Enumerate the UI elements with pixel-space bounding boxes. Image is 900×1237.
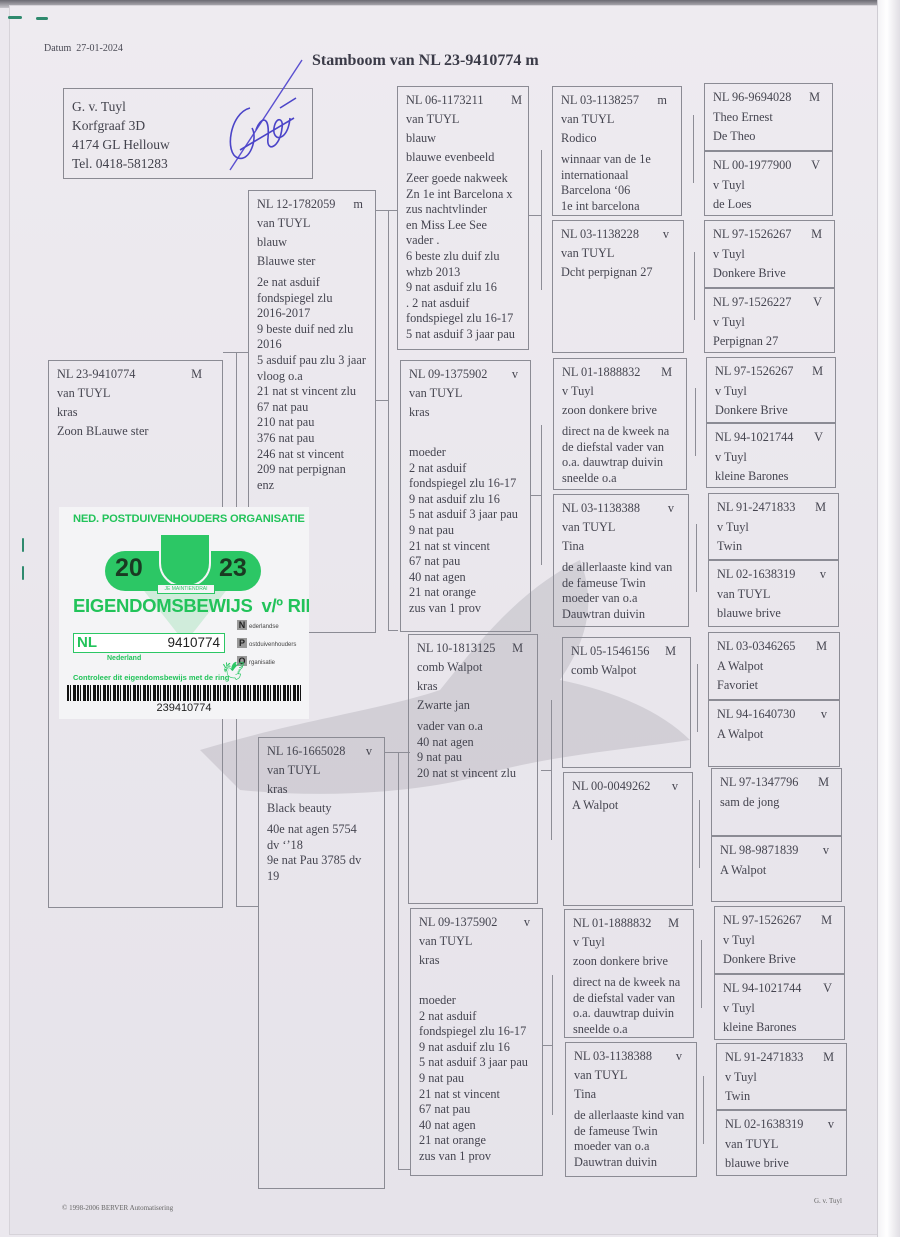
pedigree-line: van TUYL [725, 1135, 840, 1155]
note-line: 246 nat st vincent [257, 447, 369, 463]
pedigree-box-gen4: NL 02-1638319vvan TUYLblauwe brive [716, 1110, 847, 1176]
pedigree-line: blauwe brive [717, 604, 832, 624]
ring-number: NL 10-1813125 [417, 639, 495, 658]
pedigree-line: Rodico [561, 129, 675, 148]
ring-ownership-card: NED. POSTDUIVENHOUDERS ORGANISATIE 20 23… [59, 507, 309, 719]
pedigree-line: A Walpot [572, 796, 686, 815]
breeder: van TUYL [267, 761, 378, 780]
note-line: 210 nat pau [257, 415, 369, 431]
note-line: 67 nat pau [257, 400, 369, 416]
pedigree-box-gen3-mfm: NL 00-0049262vA Walpot [563, 772, 693, 906]
sex-marker: v [823, 841, 829, 861]
note-line: fondspiegel zlu 16-17 [419, 1024, 536, 1040]
note-line: 5 asduif pau zlu 3 jaar [257, 353, 369, 369]
sex-marker: v [512, 365, 518, 384]
note-line: 9 nat pau [417, 750, 531, 766]
card-title-main: EIGENDOMSBEWIJS [73, 595, 253, 616]
pedigree-line: Tina [562, 537, 682, 556]
note-line: vader . [406, 233, 522, 249]
pigeon-name: Zwarte jan [417, 696, 531, 715]
achievements: moeder2 nat asduiffondspiegel zlu 16-179… [409, 445, 524, 617]
ring-number: NL 02-1638319 [717, 565, 795, 585]
note-line: de allerlaaste kind van [574, 1108, 690, 1124]
connector [375, 400, 389, 401]
note-line: . 2 nat asduif [406, 296, 522, 312]
sex-marker: v [672, 777, 678, 796]
pedigree-line: zoon donkere brive [573, 952, 687, 971]
connector [375, 210, 397, 211]
pedigree-box-gen3-ffm: NL 03-1138228vvan TUYLDcht perpignan 27 [552, 220, 684, 353]
sex-marker: V [811, 156, 820, 176]
pedigree-box-gen4: NL 97-1526267Mv TuylDonkere Brive [704, 220, 835, 288]
npo-line: Nederlandse [237, 620, 279, 630]
ring-number: NL 97-1526267 [715, 362, 793, 382]
pedigree-box-gen3-mmm: NL 03-1138388vvan TUYLTinade allerlaaste… [565, 1042, 697, 1177]
achievements: direct na de kweek nade diefstal vader v… [573, 975, 687, 1037]
sex-marker: v [524, 913, 530, 932]
note-line: 40e nat agen 5754 [267, 822, 378, 838]
note-line: sneelde o.a [562, 471, 680, 487]
ring-number: NL 97-1347796 [720, 773, 798, 793]
note-line: direct na de kweek na [573, 975, 687, 991]
ring-number: NL 03-0346265 [717, 637, 795, 657]
color: kras [419, 951, 536, 970]
pedigree-line: v Tuyl [573, 933, 687, 952]
connector [699, 800, 700, 868]
pedigree-box-gen4: NL 00-1977900Vv Tuylde Loes [704, 151, 833, 216]
note-line: 209 nat perpignan [257, 462, 369, 478]
card-year-right: 23 [219, 554, 247, 583]
note-line: 21 nat orange [419, 1133, 536, 1149]
note-line: moeder [409, 445, 524, 461]
pedigree-line: v Tuyl [562, 382, 680, 401]
breeder: van TUYL [406, 110, 522, 129]
npo-text: ederlandse [249, 624, 279, 630]
pedigree-line: v Tuyl [715, 448, 829, 468]
binder-mark [22, 566, 24, 580]
npo-initial: N [237, 620, 247, 630]
note-line: 9 nat asduif zlu 16 [419, 1040, 536, 1056]
note-line: fondspiegel zlu [257, 291, 369, 307]
barcode-icon [67, 685, 303, 701]
note-line: moeder van o.a [574, 1139, 690, 1155]
note-line: 9 nat asduif zlu 16 [406, 280, 522, 296]
sex-marker: M [816, 637, 827, 657]
pedigree-line: v Tuyl [715, 382, 829, 402]
sex-marker: M [661, 363, 672, 382]
note-line: vader van o.a [417, 719, 531, 735]
connector [695, 388, 696, 456]
ring-number: NL 06-1173211 [406, 91, 484, 110]
pigeon-name: Black beauty [267, 799, 378, 818]
pedigree-box-gen3-mff: NL 05-1546156Mcomb Walpot [562, 637, 691, 768]
color: kras [417, 677, 531, 696]
pigeon-name: Zoon BLauwe ster [57, 422, 216, 441]
note-line: 5 nat asduif 3 jaar pau [419, 1055, 536, 1071]
color: kras [409, 403, 524, 422]
achievements: winnaar van de 1einternationaalBarcelona… [561, 152, 675, 214]
pigeon-name: blauwe evenbeeld [406, 148, 522, 167]
pedigree-box-gen4: NL 94-1021744Vv Tuylkleine Barones [714, 974, 845, 1040]
pedigree-line: A Walpot [720, 861, 835, 881]
ring-number: NL 23-9410774 [57, 365, 135, 384]
note-line: Zn 1e int Barcelona x [406, 187, 522, 203]
date-value: 27-01-2024 [76, 43, 123, 54]
pedigree-box-gen4: NL 91-2471833Mv TuylTwin [716, 1043, 847, 1110]
connector [388, 210, 389, 630]
card-motto: JE MAINTIENDRAI [157, 584, 215, 594]
breeder: comb Walpot [417, 658, 531, 677]
sex-marker: M [191, 365, 202, 384]
pedigree-box-gen4: NL 02-1638319vvan TUYLblauwe brive [708, 560, 839, 627]
note-line: en Miss Lee See [406, 218, 522, 234]
pedigree-line: Perpignan 27 [713, 332, 828, 352]
footer-owner-name: G. v. Tuyl [814, 1197, 842, 1205]
connector [701, 940, 702, 1008]
ring-number: NL 03-1138228 [561, 225, 639, 244]
connector [703, 1076, 704, 1144]
pedigree-line: zoon donkere brive [562, 401, 680, 420]
npo-line: Postduivenhouders [237, 638, 296, 648]
connector [543, 1045, 553, 1046]
ring-number: NL 94-1021744 [715, 428, 793, 448]
connector [384, 752, 410, 753]
lion-crest-icon [159, 533, 211, 587]
note-line: dv ‘’18 [267, 838, 378, 854]
npo-text: ostduivenhouders [249, 642, 296, 648]
pedigree-line: comb Walpot [571, 661, 684, 680]
connector [694, 252, 695, 320]
achievements: vader van o.a40 nat agen9 nat pau20 nat … [417, 719, 531, 781]
ring-number: NL 09-1375902 [409, 365, 487, 384]
achievements: de allerlaaste kind vande fameuse Twinmo… [562, 560, 682, 622]
breeder: van TUYL [419, 932, 536, 951]
sex-marker: V [813, 293, 822, 313]
sex-marker: M [511, 91, 522, 110]
ring-number: NL 94-1021744 [723, 979, 801, 999]
pedigree-line: sam de jong [720, 793, 835, 813]
connector [530, 495, 542, 496]
note-line: de fameuse Twin [574, 1124, 690, 1140]
sex-marker: M [815, 498, 826, 518]
note-line: de fameuse Twin [562, 576, 682, 592]
note-line: 2016-2017 [257, 306, 369, 322]
sex-marker: V [823, 979, 832, 999]
sex-marker: M [665, 642, 676, 661]
note-line: zus nachtvlinder [406, 202, 522, 218]
sheet-protector-edge [877, 0, 900, 1237]
ring-number: NL 91-2471833 [717, 498, 795, 518]
ring-number: NL 03-1138388 [562, 499, 640, 518]
sex-marker: v [828, 1115, 834, 1135]
ring-number: NL 00-1977900 [713, 156, 791, 176]
breeder: van TUYL [409, 384, 524, 403]
pedigree-box-gen4: NL 97-1526267Mv TuylDonkere Brive [714, 906, 845, 974]
note-line: direct na de kweek na [562, 424, 680, 440]
pedigree-box-gen3-fff: NL 03-1138257mvan TUYLRodico winnaar van… [552, 86, 682, 216]
note-line: whzb 2013 [406, 265, 522, 281]
connector [541, 150, 542, 290]
pedigree-line: Theo Ernest [713, 108, 826, 128]
binder-mark [8, 16, 22, 19]
connector [697, 664, 698, 732]
ring-number: NL 96-9694028 [713, 88, 791, 108]
pedigree-line: van TUYL [717, 585, 832, 605]
sex-marker: M [818, 773, 829, 793]
connector [388, 630, 398, 631]
sex-marker: m [657, 91, 667, 110]
achievements: direct na de kweek nade diefstal vader v… [562, 424, 680, 486]
pedigree-line: De Theo [713, 127, 826, 147]
note-line: 2016 [257, 337, 369, 353]
note-line: 9 nat pau [409, 523, 524, 539]
pedigree-box-gen4: NL 96-9694028MTheo ErnestDe Theo [704, 83, 833, 151]
achievements: 2e nat asduiffondspiegel zlu2016-20179 b… [257, 275, 369, 493]
ring-number: NL 97-1526267 [723, 911, 801, 931]
note-line: 1e int barcelona [561, 199, 675, 215]
pedigree-box-gen4: NL 94-1021744Vv Tuylkleine Barones [706, 423, 836, 488]
ring-number: NL 16-1665028 [267, 742, 345, 761]
sex-marker: M [811, 225, 822, 245]
note-line: 5 nat asduif 3 jaar pau [406, 327, 522, 343]
pedigree-line: v Tuyl [717, 518, 832, 538]
note-line: Barcelona ‘06 [561, 183, 675, 199]
note-line: 6 beste zlu duif zlu [406, 249, 522, 265]
ring-number: NL 05-1546156 [571, 642, 649, 661]
ring-number-field: NL 9410774 [73, 633, 225, 653]
date-line: Datum 27-01-2024 [44, 43, 123, 54]
sex-marker: v [676, 1047, 682, 1066]
binder-mark [36, 17, 48, 20]
sex-marker: M [512, 639, 523, 658]
note-line: sneelde o.a [573, 1022, 687, 1038]
color: kras [267, 780, 378, 799]
ring-number: NL 91-2471833 [725, 1048, 803, 1068]
note-line: winnaar van de 1e [561, 152, 675, 168]
connector [398, 1169, 410, 1170]
ring-number: NL 03-1138388 [574, 1047, 652, 1066]
note-line: 9e nat Pau 3785 dv [267, 853, 378, 869]
pedigree-line: v Tuyl [723, 931, 838, 951]
pedigree-line: Twin [717, 537, 832, 557]
sex-marker: M [809, 88, 820, 108]
note-line: vloog o.a [257, 369, 369, 385]
note-line: de allerlaaste kind van [562, 560, 682, 576]
sex-marker: v [820, 565, 826, 585]
pedigree-box-gen3-fmf: NL 01-1888832Mv Tuylzoon donkere brivedi… [553, 358, 687, 490]
note-line: enz [257, 478, 369, 494]
note-line: de diefstal vader van [562, 440, 680, 456]
ring-number: NL 97-1526227 [713, 293, 791, 313]
pedigree-box-grandfather-maternal: NL 10-1813125M comb Walpot kras Zwarte j… [408, 634, 538, 904]
sex-marker: v [668, 499, 674, 518]
note-line: o.a. dauwtrap duivin [573, 1006, 687, 1022]
pedigree-line: van TUYL [562, 518, 682, 537]
note-line: 67 nat pau [419, 1102, 536, 1118]
achievements: Zeer goede nakweekZn 1e int Barcelona xz… [406, 171, 522, 343]
page-title: Stamboom van NL 23-9410774 m [312, 52, 539, 70]
connector [693, 115, 694, 183]
pedigree-line: Tina [574, 1085, 690, 1104]
ring-number: NL 94-1640730 [717, 705, 795, 725]
connector [528, 215, 542, 216]
pedigree-line: Twin [725, 1087, 840, 1107]
note-line: zus van 1 prov [409, 601, 524, 617]
breeder: van TUYL [57, 384, 216, 403]
note-line: Dauwtran duivin [574, 1155, 690, 1171]
pedigree-box-grandmother-maternal: NL 09-1375902v van TUYL kras moeder2 nat… [410, 908, 543, 1176]
connector [223, 352, 237, 353]
sex-marker: v [663, 225, 669, 244]
sex-marker: M [821, 911, 832, 931]
connector [236, 352, 248, 353]
pedigree-line: v Tuyl [723, 999, 838, 1019]
note-line: 9 nat pau [419, 1071, 536, 1087]
note-line: moeder van o.a [562, 591, 682, 607]
ring-number: NL 97-1526267 [713, 225, 791, 245]
ring-number: NL 01-1888832 [573, 914, 651, 933]
pedigree-box-mother: NL 16-1665028v van TUYL kras Black beaut… [258, 737, 385, 1189]
pedigree-box-grandmother-paternal: NL 09-1375902v van TUYL kras moeder2 nat… [400, 360, 531, 632]
binder-mark [22, 538, 24, 552]
note-line: fondspiegel zlu 16-17 [409, 476, 524, 492]
pedigree-line: Favoriet [717, 676, 833, 696]
breeder: van TUYL [257, 214, 369, 233]
color: blauw [257, 233, 369, 252]
ring-number: 9410774 [167, 635, 220, 650]
color: kras [57, 403, 216, 422]
sex-marker: v [366, 742, 372, 761]
npo-initial: P [237, 638, 247, 648]
note-line: Zeer goede nakweek [406, 171, 522, 187]
note-line: 40 nat agen [419, 1118, 536, 1134]
note-line: 40 nat agen [417, 735, 531, 751]
card-year-left: 20 [115, 554, 143, 583]
pedigree-line: de Loes [713, 195, 826, 215]
country-code: NL [77, 634, 97, 651]
pedigree-line: kleine Barones [723, 1018, 838, 1038]
pedigree-line: v Tuyl [713, 313, 828, 333]
pedigree-box-gen4: NL 97-1526267Mv TuylDonkere Brive [706, 357, 836, 423]
note-line: 19 [267, 869, 378, 885]
sex-marker: M [812, 362, 823, 382]
pedigree-box-gen4: NL 03-0346265MA WalpotFavoriet [708, 632, 840, 700]
note-line: 21 nat orange [409, 585, 524, 601]
sex-marker: M [823, 1048, 834, 1068]
pedigree-line: Donkere Brive [715, 401, 829, 421]
connector [541, 770, 552, 771]
achievements: moeder2 nat asduiffondspiegel zlu 16-179… [419, 993, 536, 1165]
sex-marker: m [353, 195, 363, 214]
ring-number: NL 00-0049262 [572, 777, 650, 796]
pedigree-box-gen3-fmm: NL 03-1138388vvan TUYLTinade allerlaaste… [553, 494, 689, 627]
achievements: 40e nat agen 5754dv ‘’18 9e nat Pau 3785… [267, 822, 378, 884]
note-line: 2e nat asduif [257, 275, 369, 291]
note-line: zus van 1 prov [419, 1149, 536, 1165]
pedigree-line: Donkere Brive [713, 264, 828, 284]
sex-marker: M [668, 914, 679, 933]
pedigree-line: van TUYL [561, 110, 675, 129]
pedigree-box-gen4: NL 98-9871839vA Walpot [711, 836, 842, 902]
pedigree-line: Donkere Brive [723, 950, 838, 970]
card-title: EIGENDOMSBEWIJS v/º RING [73, 595, 309, 617]
country-name: Nederland [107, 655, 141, 662]
note-line: 20 nat st vincent zlu [417, 766, 531, 782]
control-text: Controleer dit eigendomsbewijs met de ri… [73, 673, 229, 682]
note-line: 9 nat asduif zlu 16 [409, 492, 524, 508]
pedigree-line: kleine Barones [715, 467, 829, 487]
date-label: Datum [44, 43, 71, 54]
card-org-name: NED. POSTDUIVENHOUDERS ORGANISATIE [73, 513, 305, 525]
pedigree-line: Dcht perpignan 27 [561, 263, 677, 282]
ring-number: NL 98-9871839 [720, 841, 798, 861]
connector [398, 752, 399, 1169]
note-line: 40 nat agen [409, 570, 524, 586]
pedigree-box-grandfather-paternal: NL 06-1173211M van TUYL blauw blauwe eve… [397, 86, 529, 350]
achievements: de allerlaaste kind vande fameuse Twinmo… [574, 1108, 690, 1170]
pedigree-box-gen4: NL 97-1526227Vv TuylPerpignan 27 [704, 288, 835, 353]
sex-marker: v [821, 705, 827, 725]
pedigree-line: A Walpot [717, 725, 833, 745]
pedigree-box-gen4: NL 91-2471833Mv TuylTwin [708, 493, 839, 560]
pedigree-line: blauwe brive [725, 1154, 840, 1174]
note-line: 21 nat st vincent [419, 1087, 536, 1103]
note-line: 9 beste duif ned zlu [257, 322, 369, 338]
note-line: moeder [419, 993, 536, 1009]
pedigree-line: van TUYL [561, 244, 677, 263]
note-line: 67 nat pau [409, 554, 524, 570]
pedigree-box-gen4: NL 97-1347796Msam de jong [711, 768, 842, 836]
note-line: de diefstal vader van [573, 991, 687, 1007]
connector [696, 524, 697, 592]
note-line: 2 nat asduif [419, 1009, 536, 1025]
note-line: internationaal [561, 168, 675, 184]
note-line: Dauwtran duivin [562, 607, 682, 623]
note-line: 5 nat asduif 3 jaar pau [409, 507, 524, 523]
npo-text: rganisatie [249, 660, 275, 666]
note-line: 21 nat st vincent zlu [257, 384, 369, 400]
pedigree-line: van TUYL [574, 1066, 690, 1085]
note-line: 2 nat asduif [409, 461, 524, 477]
note-line: 376 nat pau [257, 431, 369, 447]
color: blauw [406, 129, 522, 148]
ring-number: NL 03-1138257 [561, 91, 639, 110]
ring-number: NL 09-1375902 [419, 913, 497, 932]
pedigree-line: v Tuyl [725, 1068, 840, 1088]
barcode-number: 239410774 [59, 702, 309, 714]
copyright-footer: © 1998-2006 BERVER Automatisering [62, 1204, 173, 1212]
pigeon-name: Blauwe ster [257, 252, 369, 271]
pedigree-box-gen4: NL 94-1640730vA Walpot [708, 700, 840, 767]
pedigree-line: A Walpot [717, 657, 833, 677]
pedigree-box-gen3-mmf: NL 01-1888832Mv Tuylzoon donkere brivedi… [564, 909, 694, 1038]
note-line: fondspiegel zlu 16-17 [406, 311, 522, 327]
connector [236, 906, 258, 907]
ring-number: NL 02-1638319 [725, 1115, 803, 1135]
pedigree-line: v Tuyl [713, 176, 826, 196]
note-line: 21 nat st vincent [409, 539, 524, 555]
signature-icon [210, 58, 320, 178]
pedigree-line: v Tuyl [713, 245, 828, 265]
sex-marker: V [814, 428, 823, 448]
card-title-suffix: v/º RING [253, 595, 310, 616]
ring-number: NL 12-1782059 [257, 195, 335, 214]
ring-number: NL 01-1888832 [562, 363, 640, 382]
note-line: o.a. dauwtrap duivin [562, 455, 680, 471]
